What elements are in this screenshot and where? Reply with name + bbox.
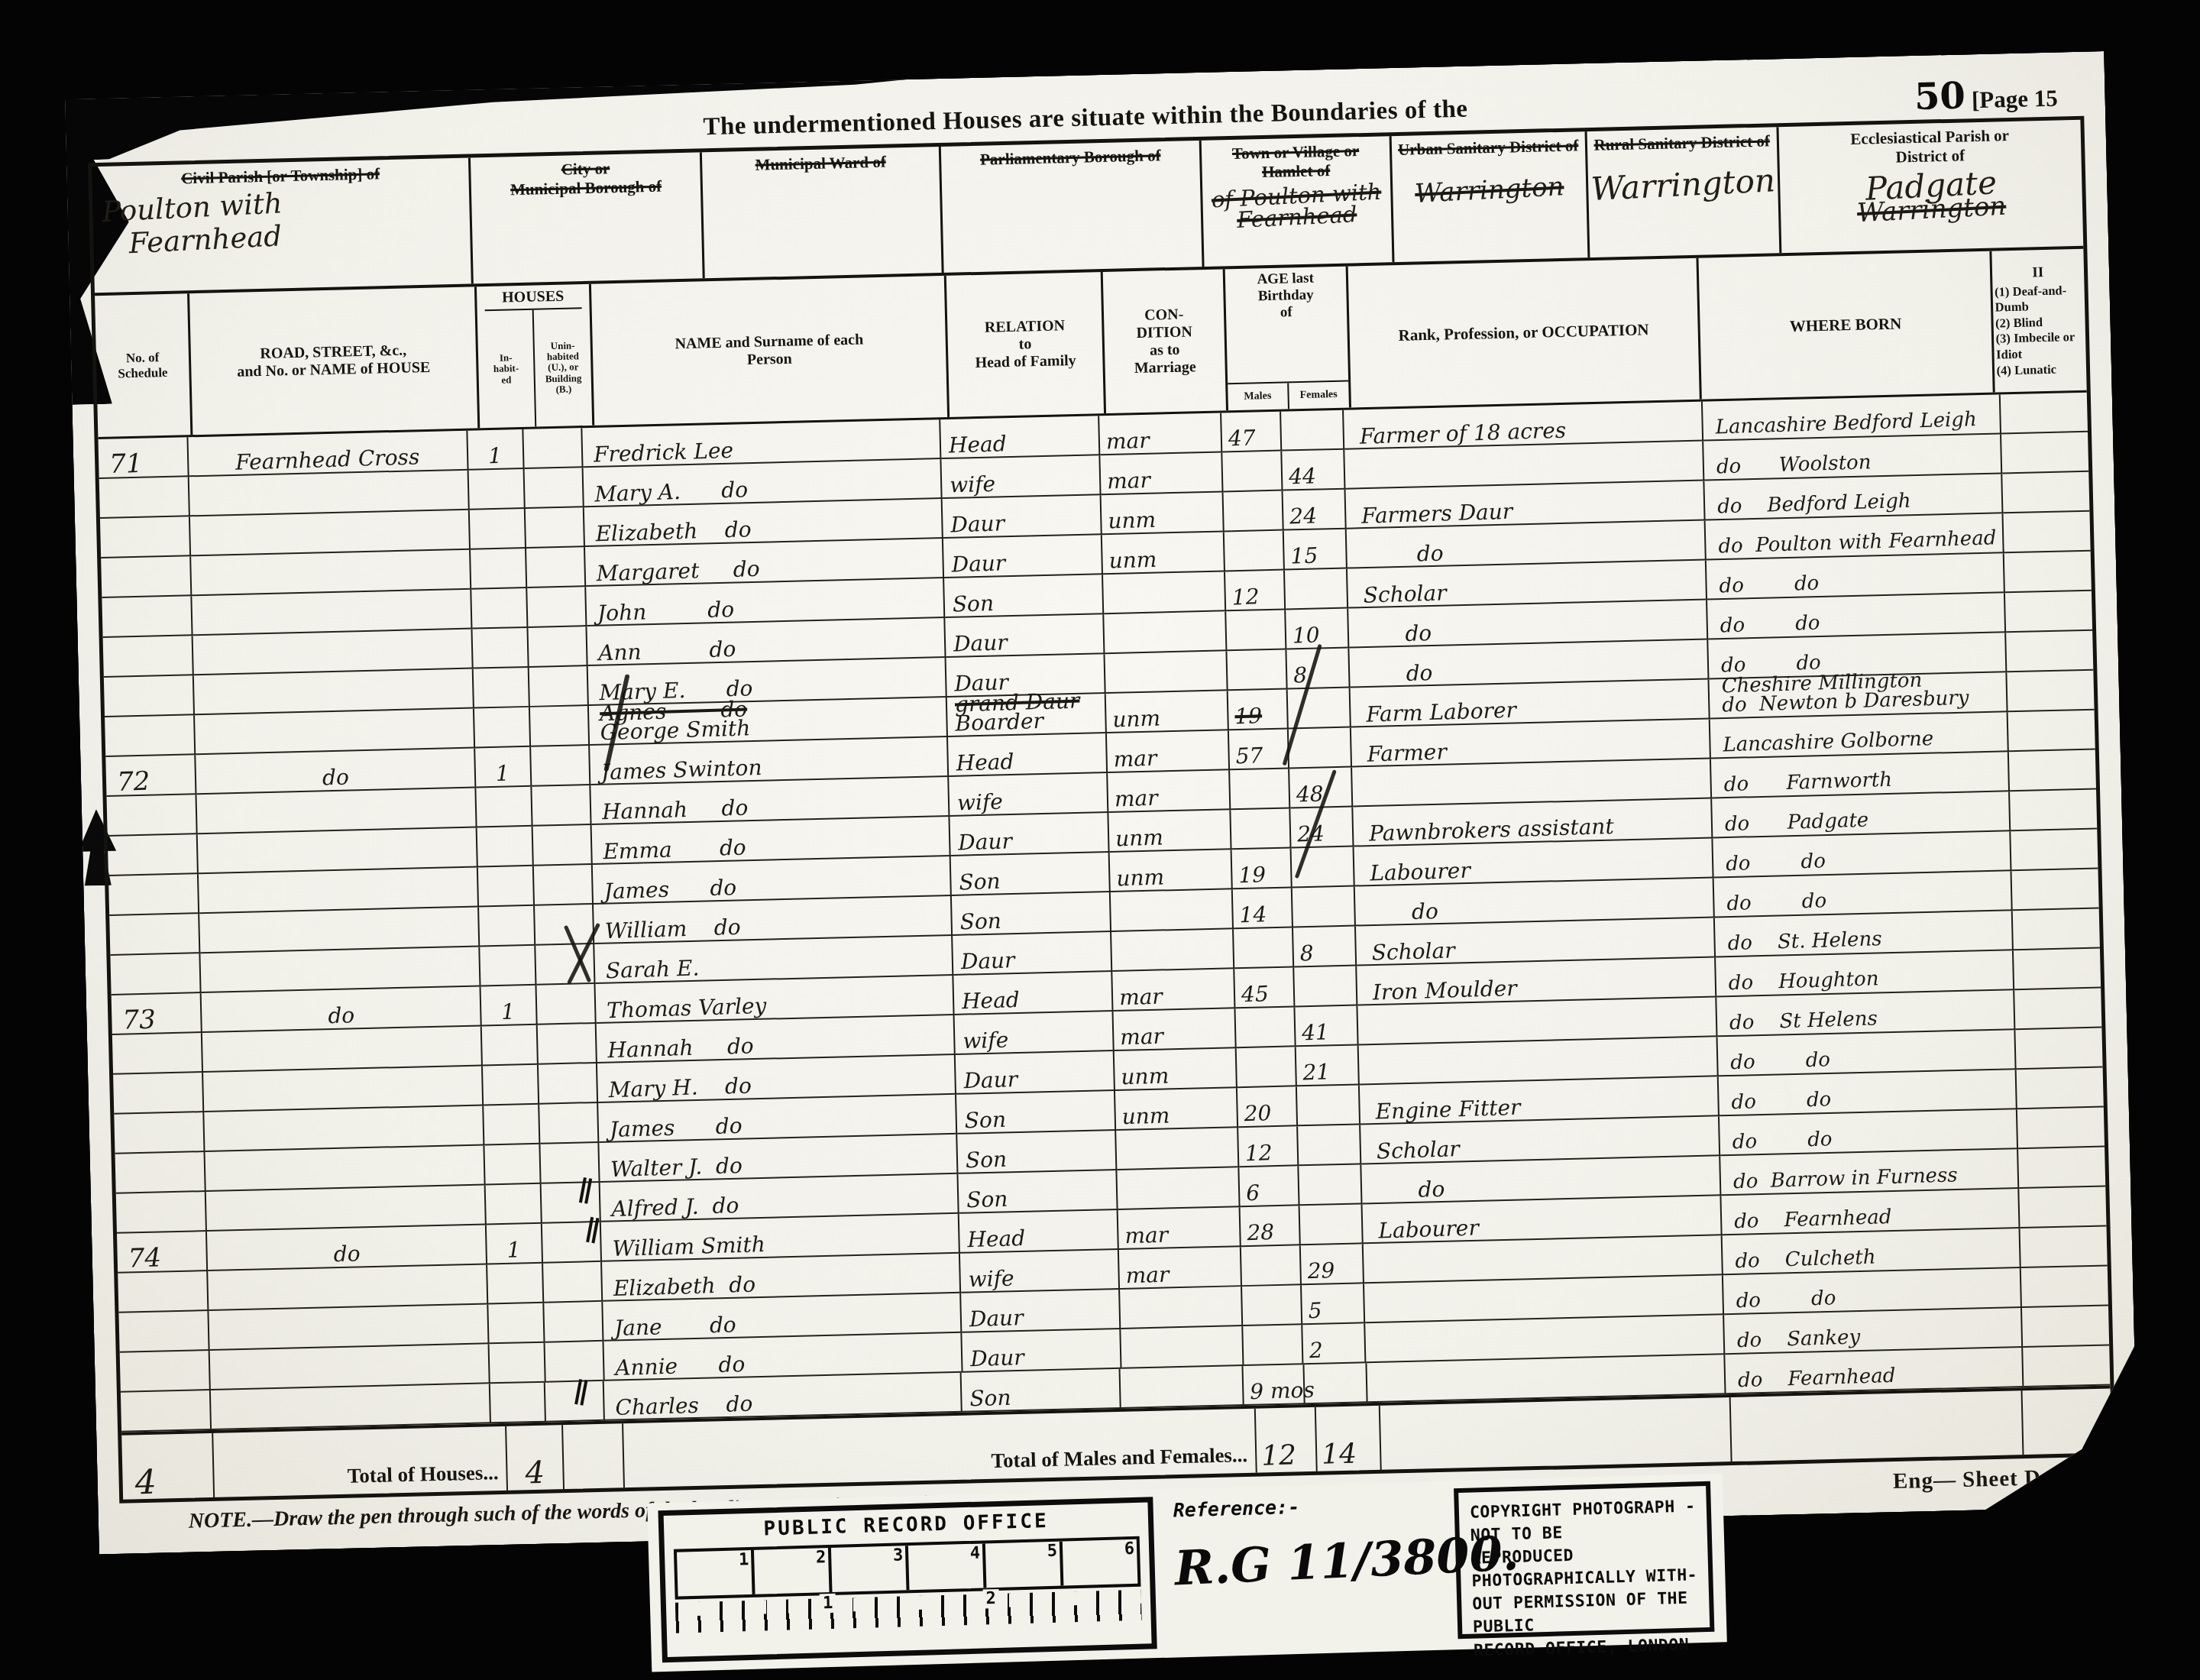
entry-rel: Son (964, 1105, 1115, 1131)
cell-inhabited (489, 1303, 545, 1345)
entry-f: 2 (1302, 1338, 1364, 1361)
entry-cond: mar (1114, 785, 1230, 810)
cell-age-female: 2 (1302, 1323, 1367, 1364)
entry-born: do do (1730, 1044, 2015, 1073)
cell-condition: unm (1102, 532, 1225, 575)
cell-road: do (196, 749, 477, 795)
col-females: Females (1289, 382, 1349, 409)
age-subcolumns: Males Females (1228, 380, 1348, 411)
cell-uninhabited (544, 1302, 604, 1343)
entry-m: 45 (1235, 982, 1293, 1005)
cell-relation: wife (954, 1012, 1114, 1055)
cell-where-born: do Fearnhead (1721, 1189, 2020, 1235)
entry-born: Lancashire Golborne (1723, 727, 2007, 756)
cell-age-male (1231, 769, 1291, 810)
entry-rel: Daur (960, 947, 1111, 972)
cell-relation: Son (950, 853, 1110, 896)
cell-road (196, 788, 477, 835)
borough-label: City or Municipal Borough of (510, 158, 662, 199)
cell-infirmity (2021, 1266, 2108, 1308)
cell-relation: Head (953, 972, 1113, 1015)
entry-f: 21 (1296, 1060, 1358, 1083)
entry-cond: unm (1108, 547, 1225, 571)
cell-relation: wife (959, 1250, 1119, 1293)
cell-inhabited (474, 707, 531, 749)
entry-road: do (327, 1005, 354, 1026)
cell-schedule (99, 477, 190, 519)
cell-age-female: 21 (1296, 1045, 1360, 1086)
cell-uninhabited (545, 1342, 605, 1383)
cell-infirmity (2013, 909, 2100, 951)
cell-where-born: do Farnworth (1711, 752, 2010, 798)
cell-condition: unm (1105, 691, 1229, 733)
entry-cond: mar (1113, 746, 1229, 770)
entry-cond: mar (1120, 1024, 1236, 1048)
cell-inhabited (471, 588, 528, 630)
cell-inhabited (486, 1184, 542, 1225)
entry-rel: Son (966, 1185, 1116, 1210)
entry-inhab: 1 (488, 445, 503, 467)
town-village-label: Town or Village or Hamlet of (1232, 141, 1360, 182)
cell-road (195, 709, 476, 756)
cell-where-born: do St Helens (1716, 990, 2015, 1037)
entry-road: Fearnhead Cross (235, 446, 420, 472)
cell-schedule (100, 516, 191, 558)
entry-name: Charles do (615, 1387, 961, 1418)
parliamentary-cell: Parliamentary Borough of (941, 141, 1205, 273)
cell-uninhabited (531, 746, 591, 787)
cell-where-born: Lancashire Bedford Leigh (1703, 394, 2001, 441)
ruler-number: 5 (1047, 1542, 1058, 1561)
entry-born: do do (1732, 1124, 2017, 1153)
cell-age-male (1241, 1245, 1302, 1287)
total-born-cell (1730, 1390, 2024, 1462)
cell-infirmity (2017, 1107, 2105, 1149)
entry-m: 57 (1230, 744, 1288, 766)
ruler-number: 4 (970, 1544, 981, 1563)
cell-age-male: 20 (1237, 1086, 1298, 1128)
cell-schedule (110, 953, 201, 995)
cell-infirmity (2001, 393, 2088, 435)
entry-rel: Son (969, 1384, 1120, 1409)
col-age: AGE last Birthday of (1225, 267, 1347, 322)
civil-parish-label: Civil Parish [or Township] of (181, 164, 380, 188)
ruler-inches: 1 2 3 4 5 6 (674, 1536, 1141, 1600)
cell-condition: mar (1107, 730, 1231, 773)
cell-inhabited (473, 628, 529, 669)
cell-condition (1105, 651, 1228, 694)
cell-condition: mar (1118, 1207, 1241, 1250)
entry-born: do Farnworth (1723, 766, 2008, 795)
col-name: NAME and Surname of each Person (591, 276, 950, 426)
cell-age-male: 45 (1235, 967, 1296, 1008)
cell-road (204, 1105, 485, 1152)
ruler-number: 6 (1124, 1539, 1135, 1559)
col-road: ROAD, STREET, &c., and No. or NAME of HO… (189, 286, 480, 435)
entry-rel: wife (962, 1026, 1112, 1051)
cell-schedule (115, 1152, 206, 1194)
cell-relation: Daur (962, 1329, 1121, 1373)
cell-age-female (1299, 1204, 1364, 1245)
cell-condition: mar (1112, 969, 1236, 1012)
page-label: [Page 15 (1972, 85, 2059, 115)
entry-m: 47 (1222, 426, 1280, 448)
cell-schedule: 71 (98, 437, 189, 479)
entry-cond: mar (1118, 984, 1234, 1008)
col-infirmity: II (1) Deaf-and-Dumb (2) Blind (3) Imbec… (1991, 249, 2087, 393)
entry-cond: mar (1106, 468, 1222, 492)
entry-m: 9 mos (1244, 1380, 1304, 1402)
cell-where-born: do St. Helens (1715, 911, 2014, 957)
cell-schedule (113, 1073, 204, 1115)
cell-relation: Son (962, 1369, 1121, 1413)
cell-infirmity (2022, 1306, 2109, 1348)
cell-where-born: do Woolston (1703, 434, 2002, 481)
folio-stamp: 50 (1914, 74, 1965, 118)
entry-cond: mar (1124, 1222, 1241, 1247)
ruler-number: 1 (739, 1550, 749, 1569)
cell-schedule (102, 596, 192, 638)
entry-sched: 73 (112, 1008, 200, 1032)
cell-infirmity (2001, 432, 2088, 474)
reference-value: R.G 11/3800. (1173, 1528, 1451, 1596)
cell-condition: unm (1109, 850, 1233, 892)
cell-infirmity (2003, 512, 2090, 554)
cell-infirmity (2005, 591, 2092, 633)
cell-uninhabited (536, 984, 597, 1025)
cell-uninhabited (523, 428, 584, 469)
cell-condition: unm (1108, 810, 1232, 853)
entry-m: 6 (1240, 1181, 1298, 1203)
cell-where-born: do do (1713, 831, 2011, 878)
cell-uninhabited (539, 1063, 599, 1105)
cell-schedule (112, 1033, 203, 1075)
page-number: 50 [Page 15 (1914, 73, 2058, 118)
cell-relation: Daur (950, 813, 1109, 856)
cell-schedule (109, 914, 200, 956)
entry-rel: Head (956, 748, 1106, 773)
cell-relation: Head (940, 416, 1100, 459)
cell-relation: Daur (961, 1290, 1121, 1333)
cell-relation: Son (956, 1091, 1116, 1135)
entry-born: do do (1720, 607, 2004, 636)
entry-born: do do (1731, 1084, 2016, 1113)
entry-born: do Woolston (1716, 448, 2001, 477)
entry-rel: Daur (963, 1066, 1114, 1091)
cell-schedule (121, 1390, 212, 1432)
cell-infirmity (2011, 830, 2098, 872)
cell-where-born: do do (1717, 1030, 2016, 1076)
ruler-cm-number: 2 (982, 1589, 999, 1609)
col-uninhabited: Unin- habited (U.), or Building (B.) (534, 309, 592, 427)
cell-where-born: do Bedford Leigh (1704, 474, 2003, 520)
cell-condition: mar (1118, 1247, 1242, 1290)
cell-inhabited: 1 (475, 747, 532, 788)
civil-parish-cell: Civil Parish [or Township] of Poulton wi… (92, 158, 474, 293)
entry-born: do Sankey (1736, 1322, 2021, 1351)
cell-infirmity (2019, 1186, 2106, 1228)
cell-inhabited (477, 787, 533, 828)
cell-age-female: 8 (1293, 926, 1357, 967)
cell-relation: Daur (945, 614, 1105, 658)
entry-rel: Daur (950, 510, 1101, 536)
cell-age-female: 24 (1283, 490, 1347, 531)
entry-m: 12 (1239, 1141, 1297, 1164)
cell-schedule (105, 715, 196, 757)
entry-m: 19 (1232, 863, 1290, 885)
entry-born: do St. Helens (1727, 925, 2012, 954)
cell-occupation (1367, 1355, 1726, 1403)
cell-uninhabited (532, 785, 592, 827)
entry-rel: wife (949, 471, 1099, 496)
entry-rel: wife (956, 788, 1107, 813)
cell-condition: unm (1101, 492, 1225, 535)
entry-m: 20 (1238, 1102, 1296, 1124)
cell-inhabited (484, 1105, 540, 1146)
total-inhabited-value: 4 (525, 1463, 545, 1484)
census-table: Civil Parish [or Township] of Poulton wi… (88, 116, 2116, 1504)
cell-inhabited (482, 1025, 539, 1067)
ecclesiastical-label: Ecclesiastical Parish or District of (1850, 126, 2010, 167)
cell-age-female: 41 (1295, 1005, 1359, 1047)
scan-background: The undermentioned Houses are situate wi… (0, 0, 2200, 1680)
cell-road (189, 471, 470, 517)
cell-relation: Son (944, 575, 1104, 618)
col-houses: HOUSES (477, 284, 590, 307)
cell-infirmity (2017, 1068, 2104, 1110)
cell-condition (1121, 1366, 1244, 1409)
entry-born: do do (1719, 568, 2004, 597)
total-females-value: 14 (1317, 1443, 1357, 1465)
cell-inhabited (471, 549, 527, 590)
entry-born: do do (1736, 1283, 2020, 1312)
cell-infirmity (2009, 750, 2096, 792)
cell-inhabited: 1 (487, 1224, 543, 1265)
entry-cond: unm (1121, 1063, 1237, 1088)
cell-schedule: 73 (112, 993, 202, 1035)
ruler-segment: 5 (985, 1542, 1064, 1588)
entry-inhab: 1 (507, 1239, 522, 1261)
cell-age-female (1281, 410, 1345, 452)
cell-infirmity (2002, 472, 2089, 514)
cell-condition: mar (1099, 413, 1223, 455)
cell-age-male: 19 (1228, 690, 1289, 731)
table-body: 71 Fearnhead Cross 1 Fredrick Lee Head m… (98, 393, 2110, 1432)
urban-sanitary-cell: Urban Sanitary District of Warrington (1391, 131, 1590, 262)
cell-schedule (118, 1311, 209, 1353)
cell-road (199, 868, 480, 914)
cell-relation: wife (941, 455, 1101, 499)
entry-m: 19 (1229, 704, 1287, 727)
cell-condition (1116, 1128, 1240, 1170)
cell-where-born: do do (1707, 593, 2006, 639)
cell-schedule: 74 (117, 1232, 208, 1274)
entry-f: 10 (1286, 623, 1347, 646)
entry-born: do do (1726, 885, 2011, 914)
cell-road (209, 1304, 490, 1351)
entry-rel-2: Boarder (955, 708, 1105, 733)
cell-age-male (1244, 1325, 1304, 1366)
cell-age-male: 47 (1222, 412, 1283, 453)
entry-rel: Son (965, 1145, 1115, 1170)
cell-road (205, 1145, 486, 1192)
total-males-value: 12 (1257, 1445, 1297, 1467)
census-form: The undermentioned Houses are situate wi… (87, 73, 2117, 1536)
cell-inhabited: 1 (468, 429, 525, 471)
cell-age-male: 19 (1232, 848, 1292, 889)
cell-where-born: do Barrow in Furness (1720, 1149, 2019, 1196)
cell-schedule (120, 1351, 211, 1393)
cell-age-female: 44 (1282, 450, 1346, 491)
cell-relation: Head (948, 733, 1108, 777)
cell-condition (1117, 1167, 1241, 1210)
cell-age-male: 9 mos (1243, 1364, 1305, 1406)
cell-condition: mar (1108, 770, 1231, 813)
reference-label: Reference:- (1173, 1491, 1448, 1521)
cell-relation: Daur (942, 495, 1102, 539)
entry-cond: unm (1116, 865, 1232, 889)
cell-road (191, 550, 472, 597)
cell-age-male: 6 (1240, 1166, 1300, 1207)
col-houses-group: HOUSES In- habit- ed Unin- habited (U.),… (477, 284, 595, 428)
census-page: The undermentioned Houses are situate wi… (65, 51, 2138, 1554)
cell-infirmity (2007, 671, 2094, 713)
ruler-segment: 6 (1063, 1539, 1138, 1586)
cell-age-female: 24 (1290, 808, 1354, 849)
cell-relation: Daur (943, 535, 1102, 578)
cell-schedule (118, 1271, 209, 1313)
col-males: Males (1228, 383, 1289, 410)
cell-inhabited (478, 866, 535, 908)
rural-sanitary-label: Rural Sanitary District of (1593, 131, 1770, 154)
cell-road (210, 1384, 490, 1430)
cell-relation: Son (957, 1131, 1117, 1174)
entry-f: 44 (1283, 465, 1344, 487)
ecclesiastical-cell: Ecclesiastical Parish or District of Pad… (1778, 120, 2083, 253)
cell-where-born: do Sankey (1724, 1308, 2023, 1355)
cell-where-born: do do (1723, 1268, 2022, 1315)
col-where-born: WHERE BORN (1699, 251, 1995, 400)
cell-inhabited (479, 906, 535, 947)
sheet-label: Eng— Sheet D. (1893, 1465, 2048, 1494)
urban-sanitary-label: Urban Sanitary District of (1398, 136, 1579, 159)
entry-cond: mar (1125, 1262, 1241, 1287)
col-inhabited: In- habit- ed (477, 310, 536, 429)
cell-age-female (1285, 569, 1349, 610)
pro-stamp: PUBLIC RECORD OFFICE 1 2 3 4 5 6 1 2 Ref… (647, 1473, 1727, 1672)
cell-where-born: do do (1720, 1109, 2018, 1156)
entry-road: do (322, 766, 349, 788)
entry-f: 15 (1284, 544, 1346, 566)
cell-inhabited (470, 509, 526, 550)
cell-road (193, 669, 474, 716)
cell-age-male: 12 (1225, 571, 1286, 612)
cell-where-born: Lancashire Golborne (1710, 712, 2009, 759)
cell-relation: grand DaurBoarder (946, 694, 1106, 737)
cell-age-female (1294, 966, 1358, 1007)
entry-born: do Culcheth (1735, 1243, 2020, 1272)
entry-rel: Son (959, 867, 1109, 892)
ruler-number: 3 (893, 1546, 904, 1565)
cell-uninhabited (532, 825, 593, 866)
entry-f: 41 (1296, 1021, 1357, 1043)
cell-age-male (1227, 610, 1287, 652)
col-condition: CON- DITION as to Marriage (1103, 269, 1228, 413)
entry-f: 8 (1287, 663, 1349, 685)
entry-born: Lancashire Bedford Leigh (1715, 409, 2000, 438)
col-schedule: No. of Schedule (95, 293, 192, 437)
infirmity-list: (1) Deaf-and-Dumb (2) Blind (3) Imbecile… (1995, 282, 2084, 378)
entry-rel: Head (948, 431, 1098, 456)
entry-born: do St Helens (1729, 1005, 2014, 1034)
entry-born: do Padgate (1724, 806, 2009, 835)
total-schedules-cell: 4 (121, 1433, 215, 1500)
cell-age-female: 29 (1301, 1244, 1365, 1285)
entry-rel: Daur (969, 1344, 1120, 1369)
total-uninhabited-cell (563, 1423, 625, 1489)
cell-age-female (1299, 1164, 1363, 1206)
cell-condition: mar (1113, 1008, 1237, 1051)
total-inhabited-cell: 4 (506, 1425, 565, 1491)
total-houses-label: Total of Houses... (213, 1426, 508, 1497)
cell-road: do (207, 1225, 488, 1271)
col-occupation: Rank, Profession, or OCCUPATION (1347, 258, 1702, 408)
entry-rel: Son (952, 590, 1102, 615)
cell-inhabited (487, 1264, 544, 1305)
cell-road: do (201, 986, 482, 1033)
entry-rel: wife (968, 1264, 1118, 1290)
cell-uninhabited (539, 1103, 600, 1144)
cell-uninhabited (537, 1024, 597, 1065)
cell-schedule: 72 (105, 755, 196, 797)
rural-sanitary-cell: Rural Sanitary District of Warrington (1587, 127, 1781, 257)
cell-condition (1111, 929, 1235, 972)
cell-condition: mar (1100, 452, 1224, 495)
cell-infirmity (2007, 711, 2095, 753)
cell-condition (1104, 611, 1228, 654)
entry-cond: mar (1105, 428, 1221, 452)
cell-schedule (104, 675, 195, 717)
entry-f: 29 (1301, 1259, 1363, 1281)
cell-road (199, 908, 480, 954)
cell-condition: unm (1115, 1088, 1239, 1131)
ruler-segment: 4 (908, 1543, 987, 1590)
entry-m: 28 (1241, 1221, 1299, 1243)
cell-condition (1110, 889, 1234, 932)
ruler-segment: 3 (831, 1546, 910, 1592)
cell-uninhabited (527, 587, 587, 628)
urban-sanitary-value: Warrington (1392, 173, 1587, 209)
total-occ-cell (1380, 1397, 1732, 1470)
entry-born: do Barrow in Furness (1732, 1164, 2017, 1193)
total-schedules-value: 4 (122, 1472, 157, 1494)
entry-cond: unm (1108, 507, 1224, 532)
cell-age-female (1289, 728, 1353, 769)
cell-inhabited (483, 1065, 539, 1106)
cell-age-male: 14 (1233, 888, 1293, 929)
col-age-group: AGE last Birthday of Males Females (1225, 266, 1351, 410)
cell-infirmity (2023, 1345, 2110, 1387)
cell-schedule (114, 1112, 205, 1154)
cell-infirmity (2011, 869, 2098, 911)
cell-where-born: do Culcheth (1722, 1228, 2020, 1275)
total-inf-cell (2022, 1388, 2111, 1455)
cell-road (203, 1066, 484, 1112)
cell-age-male (1231, 808, 1292, 850)
entry-born: do Poulton with Fearnhead (1718, 528, 2003, 557)
town-village-cell: Town or Village or Hamlet of of Poulton … (1202, 136, 1394, 267)
ruler-number: 2 (816, 1548, 827, 1567)
